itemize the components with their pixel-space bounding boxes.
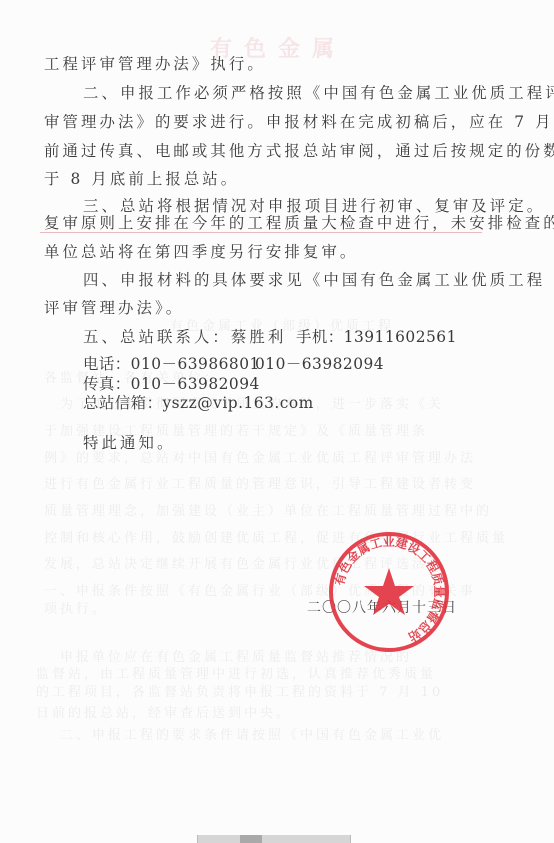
paragraph-2-start: 二、申报工作必须严格按照《中国有色金属工业优质工程评 (83, 81, 554, 103)
official-seal-stamp-icon: 有色金属工业建设工程质量监督总站 (327, 530, 451, 654)
contact-phone: 电话：010－63986801 (83, 352, 260, 374)
body-line: 前通过传真、电邮或其他方式报总站审阅，通过后按规定的份数 (44, 139, 554, 161)
paragraph-4-start: 四、申报材料的具体要求见《中国有色金属工业优质工程 (83, 268, 545, 290)
contact-person: 五、总站联系人：蔡胜利 (83, 325, 286, 347)
contact-phone-2: 010－63982094 (255, 352, 384, 374)
horizontal-scrollbar[interactable] (197, 835, 351, 843)
scrollbar-thumb[interactable] (240, 835, 262, 843)
contact-email: 总站信箱：yszz@vip.163.com (83, 391, 314, 413)
bleed-through-line: 进行有色金属行业工程质量的管理意识，引导工程建设者转变 (44, 473, 476, 492)
body-line: 于 8 月底前上报总站。 (44, 167, 239, 189)
bleed-through-line: 监督站，由工程质量管理中进行初选，认真推荐优秀质量 (36, 663, 436, 682)
body-line: 单位总站将在第四季度另行安排复审。 (44, 240, 358, 262)
bleed-through-line: 质量管理理念，加强建设（业主）单位在工程质量管理过程中的 (44, 500, 492, 519)
bleed-through-line: 的工程项目，各监督站负责将申报工程的资料于 7 月 10 (36, 681, 443, 700)
body-line: 评审管理办法》。 (44, 296, 184, 318)
closing-text: 特此通知。 (83, 431, 175, 453)
body-line: 复审原则上安排在今年的工程质量大检查中进行，未安排检查的 (44, 211, 554, 233)
body-line: 审管理办法》的要求进行。申报材料在完成初稿后，应在 7 月底 (44, 110, 554, 132)
bleed-through-line: 日前的报总站，经审查后送到中央。 (36, 702, 292, 721)
body-line: 工程评审管理办法》执行。 (44, 52, 266, 74)
document-page: 有色金属 有色金属工业（部级）优质工程 各监督站，各有关单位： 为了更好地贯彻国… (0, 0, 554, 843)
bleed-through-line: 二、申报工程的要求条件请按照《中国有色金属工业优 (60, 724, 444, 743)
contact-mobile: 手机：13911602561 (296, 325, 457, 347)
red-underline-mark (40, 232, 482, 233)
bleed-through-line: 项执行。 (44, 598, 108, 617)
